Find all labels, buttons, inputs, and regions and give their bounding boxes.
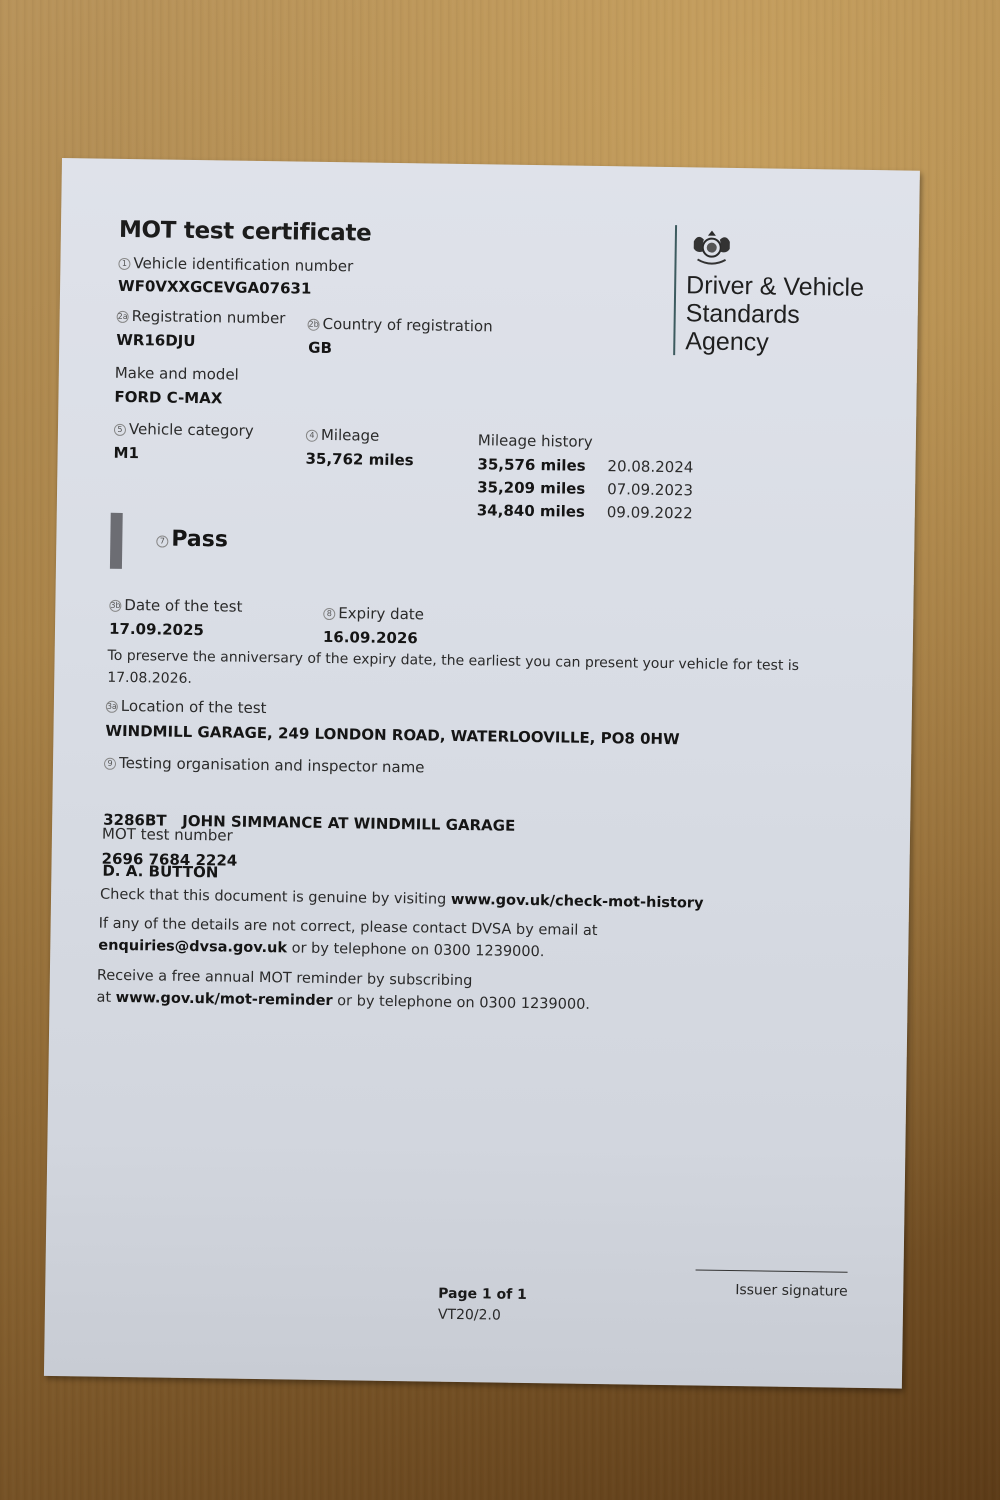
anniversary-note: To preserve the anniversary of the expir…	[107, 645, 799, 699]
field-number-badge: 4	[306, 430, 318, 442]
field-number-badge: 9	[104, 758, 116, 770]
issuer-signature-label: Issuer signature	[735, 1282, 848, 1300]
test-date-label-text: Date of the test	[124, 596, 242, 616]
history-miles: 35,209 miles	[477, 478, 607, 503]
country-label: 2bCountry of registration	[307, 315, 492, 336]
mileage-value: 35,762 miles	[305, 450, 413, 470]
expiry-date-label: 8Expiry date	[323, 604, 424, 623]
field-number-badge: 2b	[307, 319, 319, 331]
agency-name-line-2: Standards	[686, 299, 864, 330]
agency-name-line-3: Agency	[685, 327, 863, 358]
mileage-history-row: 35,209 miles 07.09.2023	[477, 478, 693, 504]
make-model-value: FORD C-MAX	[114, 388, 222, 408]
testing-org-label-text: Testing organisation and inspector name	[119, 754, 425, 777]
reminder-notice: Receive a free annual MOT reminder by su…	[96, 965, 590, 1016]
mileage-history-label: Mileage history	[478, 431, 593, 451]
test-number-label: MOT test number	[102, 825, 233, 845]
notice-text: or by telephone on 0300 1239000.	[333, 993, 591, 1013]
field-number-badge: 2a	[117, 311, 129, 323]
signature-line	[696, 1270, 848, 1273]
result-indicator-bar	[110, 513, 123, 569]
history-miles: 34,840 miles	[477, 501, 607, 526]
make-model-label: Make and model	[115, 364, 239, 384]
test-result: 7Pass	[156, 526, 228, 552]
check-mot-history-link[interactable]: www.gov.uk/check-mot-history	[451, 892, 704, 912]
page-number: Page 1 of 1	[438, 1286, 527, 1303]
vin-value: WF0VXXGCEVGA07631	[118, 277, 311, 298]
history-miles: 35,576 miles	[477, 455, 607, 480]
test-date-label: 3bDate of the test	[109, 596, 242, 616]
vin-label-text: Vehicle identification number	[133, 254, 353, 275]
registration-label: 2aRegistration number	[117, 307, 286, 328]
form-code: VT20/2.0	[438, 1307, 501, 1324]
location-label-text: Location of the test	[121, 697, 267, 717]
dvsa-email-link[interactable]: enquiries@dvsa.gov.uk	[98, 938, 287, 957]
vehicle-category-value: M1	[113, 444, 139, 462]
field-number-badge: 3b	[109, 600, 121, 612]
mileage-history-row: 34,840 miles 09.09.2022	[477, 501, 693, 527]
mileage-label-text: Mileage	[321, 426, 380, 445]
history-date: 09.09.2022	[607, 503, 693, 527]
expiry-date-label-text: Expiry date	[338, 604, 424, 623]
registration-value: WR16DJU	[116, 331, 195, 350]
field-number-badge: 5	[114, 424, 126, 436]
notice-text: or by telephone on 0300 1239000.	[287, 940, 545, 960]
mileage-label: 4Mileage	[306, 426, 380, 445]
vehicle-category-label: 5Vehicle category	[114, 420, 254, 440]
field-number-badge: 3a	[106, 701, 118, 713]
test-date-value: 17.09.2025	[109, 620, 204, 639]
expiry-date-value: 16.09.2026	[323, 628, 418, 647]
location-value: WINDMILL GARAGE, 249 LONDON ROAD, WATERL…	[105, 722, 679, 749]
agency-name: Driver & Vehicle Standards Agency	[685, 271, 864, 358]
notice-text: Check that this document is genuine by v…	[100, 887, 451, 908]
field-number-badge: 1	[118, 258, 130, 270]
mot-reminder-link[interactable]: www.gov.uk/mot-reminder	[116, 990, 333, 1009]
field-number-badge: 7	[156, 535, 168, 547]
contact-notice: If any of the details are not correct, p…	[98, 913, 598, 964]
notice-text: at	[96, 990, 115, 1006]
history-date: 07.09.2023	[607, 480, 693, 504]
testing-org-label: 9Testing organisation and inspector name	[104, 754, 425, 777]
location-label: 3aLocation of the test	[106, 697, 267, 717]
vehicle-category-label-text: Vehicle category	[129, 420, 254, 440]
royal-coat-of-arms-icon	[687, 227, 736, 268]
country-label-text: Country of registration	[322, 315, 492, 336]
agency-name-line-1: Driver & Vehicle	[686, 271, 864, 302]
mileage-history-row: 35,576 miles 20.08.2024	[477, 455, 693, 481]
field-number-badge: 8	[323, 608, 335, 620]
logo-divider	[673, 225, 677, 355]
country-value: GB	[308, 339, 332, 357]
document-title: MOT test certificate	[119, 217, 372, 247]
mot-certificate-page: MOT test certificate Driver & Vehicle St…	[44, 158, 920, 1389]
test-number-value: 2696 7684 2224	[101, 850, 237, 870]
vin-label: 1Vehicle identification number	[118, 254, 353, 275]
mileage-history-list: 35,576 miles 20.08.2024 35,209 miles 07.…	[477, 455, 694, 527]
result-value: Pass	[171, 527, 228, 553]
registration-label-text: Registration number	[132, 307, 286, 327]
history-date: 20.08.2024	[607, 457, 693, 481]
